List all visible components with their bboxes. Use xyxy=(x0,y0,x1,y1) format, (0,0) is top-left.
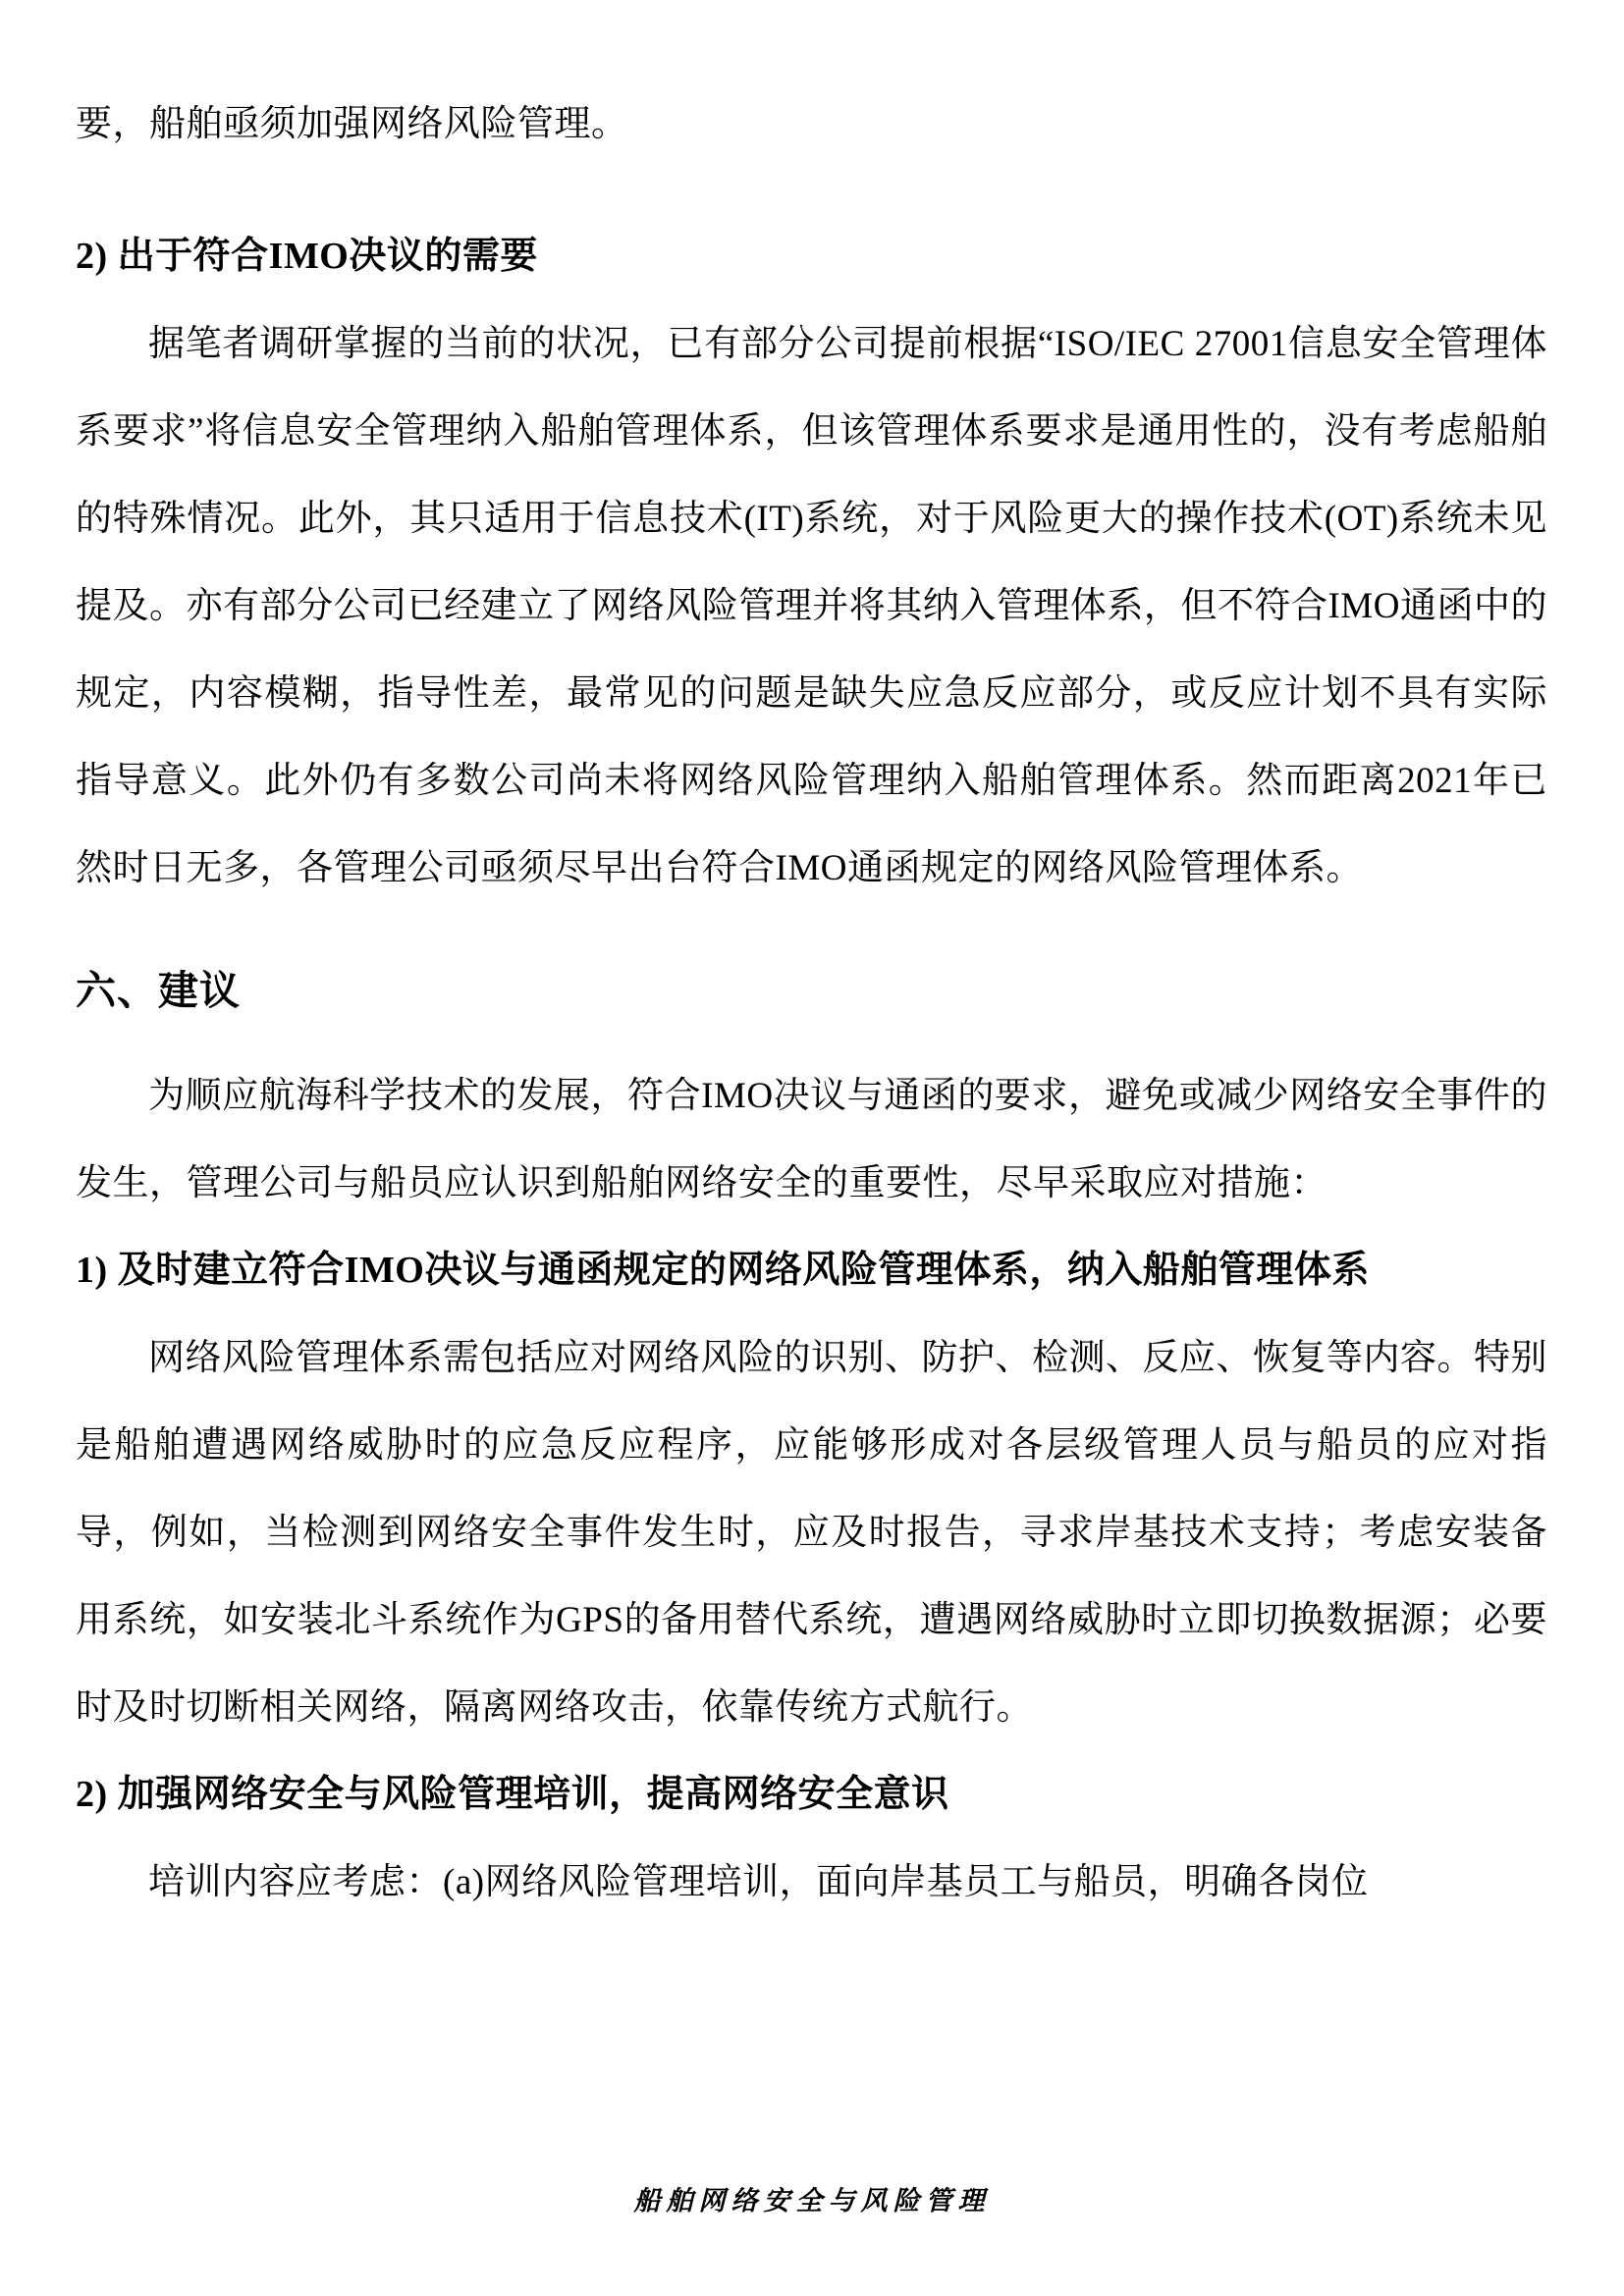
numbered-heading-imo-need: 2) 出于符合IMO决议的需要 xyxy=(76,213,1547,300)
paragraph-training-content: 培训内容应考虑：(a)网络风险管理培训，面向岸基员工与船员，明确各岗位 xyxy=(76,1839,1547,1926)
document-body: 要，船舶亟须加强网络风险管理。 2) 出于符合IMO决议的需要 据笔者调研掌握的… xyxy=(76,80,1547,1926)
page-footer-title: 船舶网络安全与风险管理 xyxy=(0,2179,1624,2217)
numbered-heading-training: 2) 加强网络安全与风险管理培训，提高网络安全意识 xyxy=(76,1751,1547,1839)
paragraph-suggestion-intro: 为顺应航海科学技术的发展，符合IMO决议与通函的要求，避免或减少网络安全事件的发… xyxy=(76,1052,1547,1227)
paragraph-current-status: 据笔者调研掌握的当前的状况，已有部分公司提前根据“ISO/IEC 27001信息… xyxy=(76,300,1547,912)
paragraph-risk-management-content: 网络风险管理体系需包括应对网络风险的识别、防护、检测、反应、恢复等内容。特别是船… xyxy=(76,1314,1547,1751)
section-heading-suggestions: 六、建议 xyxy=(76,947,1547,1035)
numbered-heading-establish-system: 1) 及时建立符合IMO决议与通函规定的网络风险管理体系，纳入船舶管理体系 xyxy=(76,1227,1547,1314)
document-page: 要，船舶亟须加强网络风险管理。 2) 出于符合IMO决议的需要 据笔者调研掌握的… xyxy=(0,0,1624,2296)
paragraph-continuation: 要，船舶亟须加强网络风险管理。 xyxy=(76,80,1547,168)
